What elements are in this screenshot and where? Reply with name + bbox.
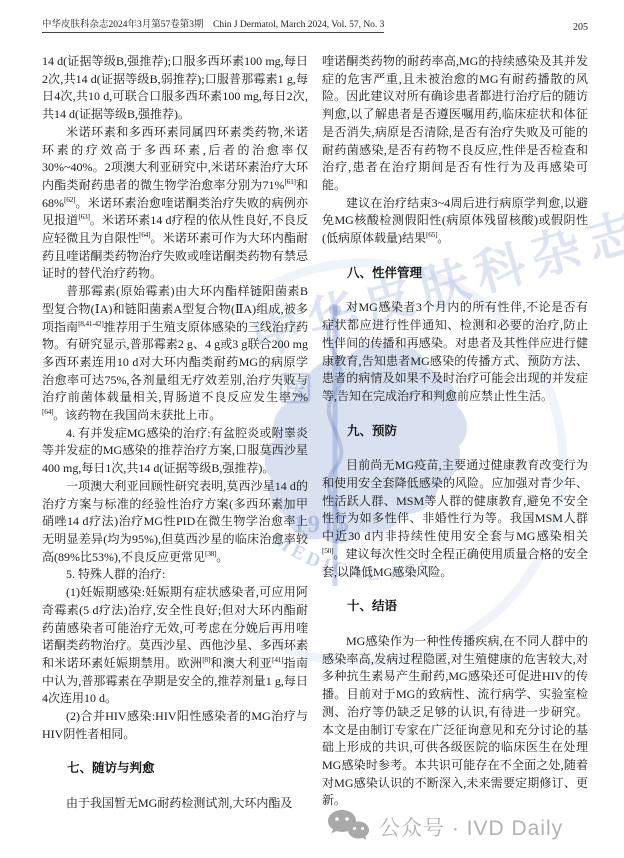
citation-ref: [50] xyxy=(322,546,333,555)
citation-ref: [41] xyxy=(272,655,283,664)
page-header: 中华皮肤科杂志2024年3月第57卷第3期 Chin J Dermatol, M… xyxy=(42,16,588,33)
citation-ref: [65] xyxy=(426,230,437,239)
right-column: 喹诺酮类药物的耐药率高,MG的持续感染及其并发症的危害严重,且未被治愈的MG有耐… xyxy=(322,53,588,813)
paragraph: 目前尚无MG疫苗,主要通过健康教育改变行为和使用安全套降低感染的风险。应加强对青… xyxy=(322,457,588,581)
page-number: 205 xyxy=(573,22,588,33)
paragraph: 一项澳大利亚回顾性研究表明,莫西沙星14 d的治疗方案与标准的经验性治疗方案(多… xyxy=(42,478,308,567)
citation-ref: [63] xyxy=(78,212,89,221)
paragraph: (2)合并HIV感染:HIV阳性感染者的MG治疗与HIV阴性者相同。 xyxy=(42,708,308,743)
paragraph: (1)妊娠期感染:妊娠期有症状感染者,可应用阿奇霉素(5 d疗法)治疗,安全性良… xyxy=(42,584,308,708)
citation-ref: [62] xyxy=(64,195,75,204)
paragraph: 14 d(证据等级B,强推荐);口服多西环素100 mg,每日2次,共14 d(… xyxy=(42,53,308,124)
section-heading: 九、预防 xyxy=(322,423,588,441)
footer-watermark: 公众号 · IVD Daily xyxy=(326,808,563,845)
paragraph: 喹诺酮类药物的耐药率高,MG的持续感染及其并发症的危害严重,且未被治愈的MG有耐… xyxy=(322,53,588,195)
paragraph: 米诺环素和多西环素同属四环素类药物,米诺环素的疗效高于多西环素,后者的治愈率仅3… xyxy=(42,124,308,283)
paragraph: 对MG感染者3个月内的所有性伴,不论是否有症状都应进行性伴通知、检测和必要的治疗… xyxy=(322,299,588,405)
journal-citation-line: 中华皮肤科杂志2024年3月第57卷第3期 Chin J Dermatol, M… xyxy=(42,16,384,33)
left-column: 14 d(证据等级B,强推荐);口服多西环素100 mg,每日2次,共14 d(… xyxy=(42,53,308,813)
section-heading: 八、性伴管理 xyxy=(322,265,588,283)
journal-page: { "header": { "journal_line": "中华皮肤科杂志20… xyxy=(0,0,624,858)
section-heading: 七、随访与判愈 xyxy=(42,760,308,778)
wechat-icon xyxy=(326,808,370,845)
citation-ref: [8] xyxy=(202,655,210,664)
citation-ref: [61] xyxy=(284,177,295,186)
citation-ref: [64] xyxy=(139,230,150,239)
paragraph: MG感染作为一种性传播疾病,在不同人群中的感染率高,发病过程隐匿,对生殖健康的危… xyxy=(322,633,588,810)
citation-ref: [64] xyxy=(42,407,53,416)
section-heading: 十、结语 xyxy=(322,598,588,616)
paragraph: 普那霉素(原始霉素)由大环内酯样链阳菌素B型复合物(ⅠA)和链阳菌素A型复合物(… xyxy=(42,283,308,425)
paragraph: 建议在治疗结束3~4周后进行病原学判愈,以避免MG核酸检测假阳性(病原体残留核酸… xyxy=(322,195,588,248)
paragraph: 4. 有并发症MG感染的治疗:有盆腔炎或附睾炎等并发症的MG感染的推荐治疗方案,… xyxy=(42,425,308,478)
footer-watermark-text: 公众号 · IVD Daily xyxy=(379,812,563,842)
citation-ref: [38] xyxy=(205,549,216,558)
article-columns: 14 d(证据等级B,强推荐);口服多西环素100 mg,每日2次,共14 d(… xyxy=(42,53,588,813)
paragraph: 5. 特殊人群的治疗: xyxy=(42,566,308,584)
paragraph: 由于我国暂无MG耐药检测试剂,大环内酯及 xyxy=(42,795,308,813)
citation-ref: [8,41-42] xyxy=(78,319,103,328)
